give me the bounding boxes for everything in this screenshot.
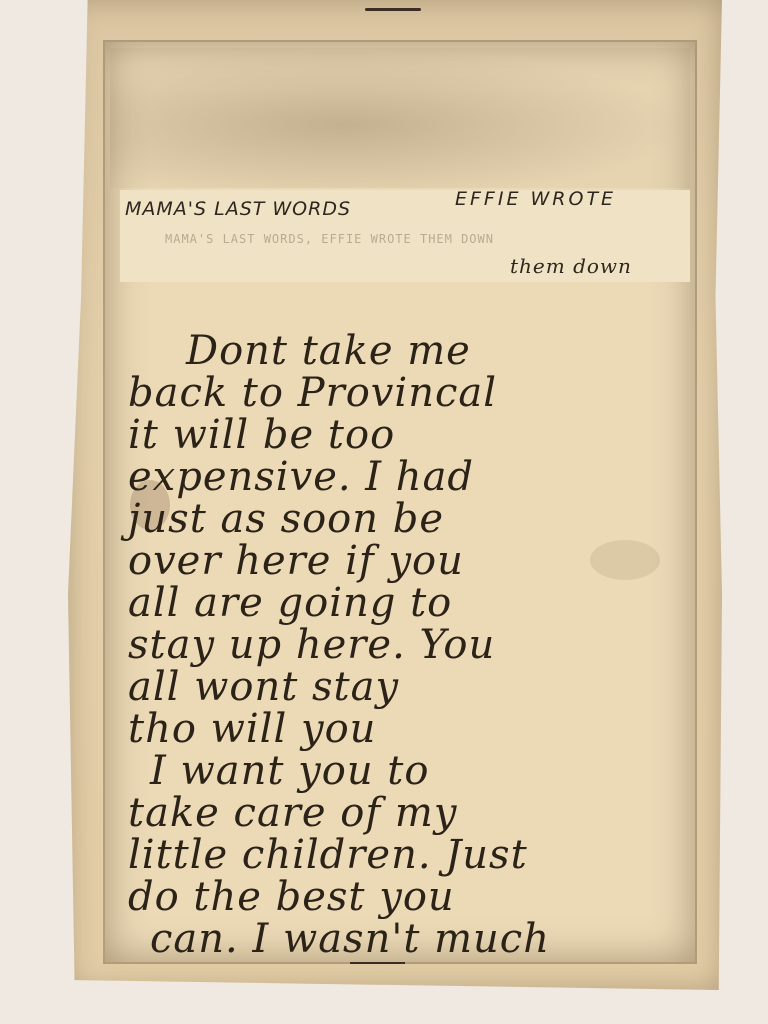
letter-line: it will be too <box>128 414 708 456</box>
header-handwritten-author: EFFIE WROTE <box>455 188 616 210</box>
header-typed-caption: MAMA'S LAST WORDS, EFFIE WROTE THEM DOWN <box>165 232 494 246</box>
letter-line: little children. Just <box>128 834 708 876</box>
header-handwritten-title: MAMA'S LAST WORDS <box>125 198 351 220</box>
letter-body: Dont take me back to Provincal it will b… <box>128 330 708 960</box>
letter-line: I want you to <box>128 750 708 792</box>
letter-line: all wont stay <box>128 666 708 708</box>
letter-line: back to Provincal <box>128 372 708 414</box>
letter-line: all are going to <box>128 582 708 624</box>
letter-line: take care of my <box>128 792 708 834</box>
letter-line: Dont take me <box>128 330 708 372</box>
letter-line: over here if you <box>128 540 708 582</box>
bottom-pencil-mark <box>350 962 405 964</box>
letter-line: do the best you <box>128 876 708 918</box>
header-handwritten-continuation: them down <box>510 254 632 278</box>
top-pencil-mark <box>365 8 421 11</box>
letter-line: stay up here. You <box>128 624 708 666</box>
letter-line: can. I wasn't much <box>128 918 708 960</box>
top-stain-area <box>110 48 690 188</box>
letter-line: tho will you <box>128 708 708 750</box>
letter-line: expensive. I had <box>128 456 708 498</box>
letter-line: just as soon be <box>128 498 708 540</box>
